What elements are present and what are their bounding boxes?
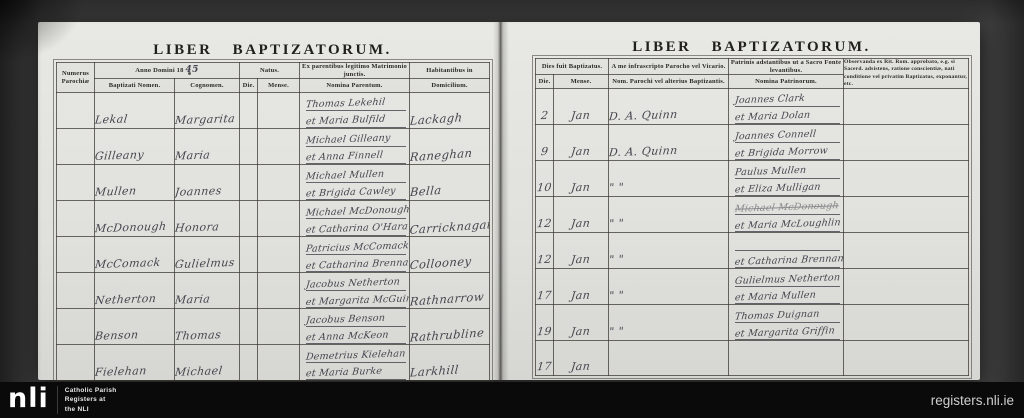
cell-parents-line1: Michael McDonough [306, 201, 406, 219]
cell-baptism-day-text: 19 [536, 325, 552, 339]
cell-surname: Benson [95, 309, 175, 345]
cell-sponsors-line2: et Margarita Griffin [735, 323, 840, 341]
col-header-numerus: Numerus Parochiæ [57, 63, 95, 93]
cell-parents: Jacobus Nethertonet Margarita McGuinn [300, 273, 410, 309]
col-header-anno-domini: Anno Domini 18 45 [95, 63, 240, 79]
cell-sponsors [729, 341, 844, 376]
cell-surname: Mullen [95, 165, 175, 201]
cell-mense [258, 129, 300, 165]
cell-sponsors-line1-text: Gulielmus Netherton [734, 272, 841, 288]
cell-sponsors-line1-text: Joannes Clark [734, 92, 805, 106]
register-row-left: NethertonMariaJacobus Nethertonet Margar… [57, 273, 490, 309]
cell-surname-text: Gilleany [95, 148, 145, 163]
cell-priest-name: " " [609, 197, 729, 233]
cell-baptism-day: 17 [536, 269, 554, 305]
footer-caption-line: the NLI [65, 405, 117, 414]
cell-parents: Michael Gilleanyet Anna Finnell [300, 129, 410, 165]
cell-baptism-month-text: Jan [571, 181, 592, 195]
cell-baptism-month: Jan [554, 341, 609, 376]
cell-priest-name: " " [609, 305, 729, 341]
right-page-title: LIBER BAPTIZATORUM. [535, 39, 968, 56]
cell-baptism-month-text: Jan [571, 145, 592, 159]
cell-numerus [57, 201, 95, 237]
cell-sponsors-line2-text: et Brigida Morrow [734, 145, 828, 160]
register-book-spread: LIBER BAPTIZATORUM. Numerus Parochiæ Ann… [38, 22, 980, 380]
col-header-patrinis: Patrinis adstantibus ut a Sacro Fonte le… [729, 59, 844, 75]
cell-sponsors: et Catharina Brennan [729, 233, 844, 269]
cell-sponsors-line2-text: et Margarita Griffin [734, 325, 835, 340]
nli-footer-bar: nli Catholic Parish Registers at the NLI… [0, 382, 1024, 418]
cell-parents-line1-text: Thomas Lekehil [305, 96, 386, 111]
cell-parents: Patricius McComacket Catharina Brennan [300, 237, 410, 273]
cell-mense [258, 237, 300, 273]
cell-baptism-day: 19 [536, 305, 554, 341]
register-row-right: 19Jan" "Thomas Duignanet Margarita Griff… [536, 305, 969, 341]
cell-parents-line1: Michael Mullen [306, 165, 406, 183]
left-page-title: LIBER BAPTIZATORUM. [56, 42, 489, 59]
cell-forename: Thomas [175, 309, 240, 345]
register-row-right: 12Jan" "et Catharina Brennan [536, 233, 969, 269]
cell-die [240, 165, 258, 201]
cell-forename-text: Maria [175, 148, 211, 162]
cell-baptism-month-text: Jan [571, 289, 592, 303]
cell-residence: Lackagh [410, 93, 490, 129]
cell-sponsors-line2-text: et Maria Mullen [734, 290, 816, 305]
col-header-observanda: Observanda ex Rit. Rom. approbato, e.g. … [844, 59, 969, 89]
cell-parents-line1: Michael Gilleany [306, 129, 406, 147]
cell-surname-text: Benson [95, 328, 140, 343]
cell-observations [844, 197, 969, 233]
cell-surname: Fielehan [95, 345, 175, 381]
cell-parents-line1-text: Patricius McComack [305, 240, 409, 256]
register-row-right: 2JanD. A. QuinnJoannes Clarket Maria Dol… [536, 89, 969, 125]
cell-parents-line2-text: et Anna Finnell [305, 150, 383, 165]
cell-priest-name: " " [609, 233, 729, 269]
col-header-die-right: Die. [536, 75, 554, 89]
cell-priest-name-text: " " [609, 325, 625, 339]
cell-sponsors-line1 [735, 233, 840, 251]
footer-caption-line: Registers at [65, 395, 117, 404]
cell-parents: Demetrius Kielehanet Maria Burke [300, 345, 410, 381]
cell-baptism-day-text: 2 [540, 109, 549, 122]
cell-forename: Honora [175, 201, 240, 237]
cell-numerus [57, 165, 95, 201]
cell-priest-name-text: " " [609, 289, 625, 303]
cell-observations [844, 269, 969, 305]
cell-sponsors: Joannes Connellet Brigida Morrow [729, 125, 844, 161]
cell-parents-line2: et Catharina Brennan [306, 255, 406, 273]
cell-parents-line2-text: et Anna McKeon [305, 330, 389, 345]
cell-parents-line1-text: Michael Gilleany [305, 132, 391, 147]
cell-parents-line2: et Anna Finnell [306, 147, 406, 165]
cell-parents: Michael McDonoughet Catharina O'Hara [300, 201, 410, 237]
numerus-label-line1: Numerus [62, 70, 89, 77]
cell-baptism-month-text: Jan [571, 253, 592, 267]
cell-surname-text: McDonough [95, 220, 168, 235]
cell-parents-line2: et Maria Burke [306, 363, 406, 381]
cell-parents-line2-text: et Catharina O'Hara [305, 221, 408, 236]
cell-forename-text: Thomas [175, 328, 222, 343]
cell-parents-line2-text: et Maria Burke [305, 366, 383, 381]
cell-baptism-month: Jan [554, 233, 609, 269]
cell-parents-line2: et Margarita McGuinn [306, 291, 406, 309]
cell-priest-name-text: " " [609, 217, 625, 231]
cell-die [240, 345, 258, 381]
cell-sponsors-line1: Paulus Mullen [735, 161, 840, 179]
cell-parents-line2-text: et Catharina Brennan [305, 257, 409, 272]
cell-residence-text: Carricknagat [410, 217, 490, 236]
cell-baptism-month: Jan [554, 197, 609, 233]
baptism-table-left: Numerus Parochiæ Anno Domini 18 45 Natus… [56, 62, 490, 381]
cell-parents: Thomas Lekehilet Maria Bulfild [300, 93, 410, 129]
cell-surname-text: Netherton [95, 292, 157, 307]
nli-logo-block: nli Catholic Parish Registers at the NLI [8, 386, 117, 413]
cell-priest-name-text: " " [609, 253, 625, 267]
cell-baptism-month: Jan [554, 269, 609, 305]
cell-numerus [57, 309, 95, 345]
cell-residence-text: Bella [410, 183, 443, 199]
col-header-ex-parentibus: Ex parentibus legitimo Matrimonio juncti… [300, 63, 410, 79]
cell-sponsors-line2: et Maria Dolan [735, 107, 840, 125]
nli-logo: nli [8, 385, 49, 412]
cell-observations [844, 89, 969, 125]
cell-forename-text: Joannes [175, 184, 223, 199]
cell-residence: Bella [410, 165, 490, 201]
cell-sponsors-line1-text: Michael McDonough [734, 200, 839, 216]
cell-mense [258, 309, 300, 345]
register-row-right: 12Jan" "Michael McDonoughet Maria McLoug… [536, 197, 969, 233]
cell-die [240, 309, 258, 345]
register-row-right: 17Jan" "Gulielmus Nethertonet Maria Mull… [536, 269, 969, 305]
cell-forename-text: Honora [175, 220, 220, 235]
cell-observations [844, 125, 969, 161]
cell-sponsors-line1-text: Thomas Duignan [734, 308, 820, 323]
cell-baptism-day: 12 [536, 197, 554, 233]
cell-observations [844, 161, 969, 197]
cell-sponsors: Joannes Clarket Maria Dolan [729, 89, 844, 125]
cell-residence: Collooney [410, 237, 490, 273]
cell-baptism-day-text: 10 [536, 181, 552, 195]
cell-baptism-day-text: 12 [536, 217, 552, 231]
cell-parents-line2-text: et Margarita McGuinn [305, 293, 409, 308]
col-header-natus: Natus. [240, 63, 300, 79]
cell-priest-name: D. A. Quinn [609, 125, 729, 161]
cell-die [240, 129, 258, 165]
cell-surname: Lekal [95, 93, 175, 129]
register-row-left: McComackGulielmusPatricius McComacket Ca… [57, 237, 490, 273]
cell-mense [258, 93, 300, 129]
col-header-die-left: Die. [240, 79, 258, 93]
col-header-cognomen: Cognomen. [175, 79, 240, 93]
cell-baptism-month: Jan [554, 161, 609, 197]
register-row-left: BensonThomasJacobus Bensonet Anna McKeon… [57, 309, 490, 345]
register-row-right: 10Jan" "Paulus Mullenet Eliza Mulligan [536, 161, 969, 197]
cell-priest-name-text: " " [609, 181, 625, 195]
cell-sponsors-line2: et Catharina Brennan [735, 251, 840, 269]
cell-residence: Larkhill [410, 345, 490, 381]
cell-sponsors-line2: et Maria McLoughlin [735, 215, 840, 233]
cell-residence: Rathnarrow [410, 273, 490, 309]
cell-sponsors: Paulus Mullenet Eliza Mulligan [729, 161, 844, 197]
cell-priest-name-text: D. A. Quinn [609, 144, 679, 159]
cell-sponsors-line1 [735, 342, 840, 359]
cell-baptism-day-text: 17 [536, 360, 552, 374]
cell-residence-text: Rathnarrow [410, 289, 485, 308]
anno-domini-printed: Anno Domini 18 [135, 67, 183, 74]
footer-caption: Catholic Parish Registers at the NLI [57, 386, 117, 413]
col-header-nom-parochi: Nom. Parochi vel alterius Baptizantis. [609, 75, 729, 89]
cell-parents-line1: Demetrius Kielehan [306, 345, 406, 363]
col-header-mense-right: Mense. [554, 75, 609, 89]
cell-parents-line2: et Maria Bulfild [306, 111, 406, 129]
cell-priest-name-text: D. A. Quinn [609, 108, 679, 123]
cell-forename-text: Maria [175, 292, 211, 306]
cell-sponsors: Michael McDonoughet Maria McLoughlin [729, 197, 844, 233]
cell-sponsors: Gulielmus Nethertonet Maria Mullen [729, 269, 844, 305]
cell-sponsors-line1-text: Paulus Mullen [734, 164, 807, 178]
cell-sponsors-line2: et Brigida Morrow [735, 143, 840, 161]
cell-residence: Raneghan [410, 129, 490, 165]
col-header-dies-fuit: Dies fuit Baptizatus. [536, 59, 609, 75]
col-header-nomina-parentum: Nomina Parentum. [300, 79, 410, 93]
cell-baptism-day-text: 12 [536, 253, 552, 267]
cell-baptism-month: Jan [554, 89, 609, 125]
footer-url: registers.nli.ie [931, 393, 1014, 408]
cell-numerus [57, 93, 95, 129]
cell-sponsors-line2: et Eliza Mulligan [735, 179, 840, 197]
cell-priest-name: " " [609, 161, 729, 197]
baptism-table-right: Dies fuit Baptizatus. A me infrascripto … [535, 58, 969, 376]
cell-baptism-day-text: 17 [536, 289, 552, 303]
cell-forename-text: Michael [175, 364, 224, 379]
cell-parents-line1: Patricius McComack [306, 237, 406, 255]
cell-forename: Joannes [175, 165, 240, 201]
scan-viewport: LIBER BAPTIZATORUM. Numerus Parochiæ Ann… [0, 0, 1024, 418]
cell-parents-line1-text: Michael Mullen [305, 168, 385, 183]
cell-observations [844, 341, 969, 376]
cell-mense [258, 345, 300, 381]
cell-parents: Michael Mullenet Brigida Cawley [300, 165, 410, 201]
cell-die [240, 237, 258, 273]
cell-residence-text: Larkhill [410, 362, 460, 379]
cell-baptism-day: 9 [536, 125, 554, 161]
cell-baptism-day: 10 [536, 161, 554, 197]
cell-parents-line2: et Brigida Cawley [306, 183, 406, 201]
cell-die [240, 201, 258, 237]
cell-mense [258, 165, 300, 201]
cell-baptism-day: 17 [536, 341, 554, 376]
cell-numerus [57, 273, 95, 309]
cell-baptism-month-text: Jan [571, 360, 592, 374]
register-row-right: 17Jan [536, 341, 969, 376]
cell-sponsors-line1: Joannes Connell [735, 125, 840, 143]
cell-sponsors-line1: Gulielmus Netherton [735, 269, 840, 287]
cell-baptism-day-text: 9 [540, 145, 549, 158]
cell-parents-line1-text: Michael McDonough [305, 204, 409, 220]
cell-surname: McDonough [95, 201, 175, 237]
cell-sponsors: Thomas Duignanet Margarita Griffin [729, 305, 844, 341]
cell-forename-text: Margarita [175, 112, 236, 127]
cell-forename: Michael [175, 345, 240, 381]
cell-parents-line1-text: Jacobus Benson [305, 312, 385, 327]
cell-parents-line1-text: Demetrius Kielehan [305, 348, 406, 363]
book-fold-shadow [493, 22, 509, 380]
cell-baptism-month-text: Jan [571, 217, 592, 231]
cell-sponsors-line1-text: Joannes Connell [734, 128, 816, 143]
cell-priest-name [609, 341, 729, 376]
cell-sponsors-line2-text: et Catharina Brennan [734, 253, 843, 268]
cell-surname-text: McComack [95, 256, 162, 271]
handwritten-year: 45 [185, 65, 198, 75]
cell-die [240, 93, 258, 129]
cell-forename: Gulielmus [175, 237, 240, 273]
cell-parents-line1: Jacobus Benson [306, 309, 406, 327]
col-header-habitantibus: Habitantibus in [410, 63, 490, 79]
register-row-left: FielehanMichaelDemetrius Kielehanet Mari… [57, 345, 490, 381]
cell-baptism-day: 2 [536, 89, 554, 125]
cell-observations [844, 305, 969, 341]
cell-parents-line2: et Catharina O'Hara [306, 219, 406, 237]
cell-parents-line2-text: et Brigida Cawley [305, 185, 396, 200]
cell-surname-text: Mullen [95, 184, 138, 198]
cell-numerus [57, 129, 95, 165]
cell-baptism-day: 12 [536, 233, 554, 269]
cell-forename: Margarita [175, 93, 240, 129]
cell-residence-text: Lackagh [410, 110, 464, 128]
cell-surname-text: Lekal [95, 112, 129, 126]
cell-surname: Netherton [95, 273, 175, 309]
register-row-right: 9JanD. A. QuinnJoannes Connellet Brigida… [536, 125, 969, 161]
cell-sponsors-line2-text: et Maria McLoughlin [734, 217, 841, 232]
cell-parents-line1: Thomas Lekehil [306, 93, 406, 111]
cell-forename-text: Gulielmus [175, 256, 236, 271]
cell-surname: McComack [95, 237, 175, 273]
cell-surname: Gilleany [95, 129, 175, 165]
cell-sponsors-line2-text: et Maria Dolan [734, 110, 811, 125]
cell-numerus [57, 345, 95, 381]
cell-parents-line1: Jacobus Netherton [306, 273, 406, 291]
cell-baptism-month: Jan [554, 305, 609, 341]
cell-sponsors-line1: Thomas Duignan [735, 305, 840, 323]
cell-parents-line2-text: et Maria Bulfild [305, 114, 386, 129]
cell-observations [844, 233, 969, 269]
cell-sponsors-line2-text: et Eliza Mulligan [734, 182, 821, 197]
cell-mense [258, 273, 300, 309]
register-row-left: McDonoughHonoraMichael McDonoughet Catha… [57, 201, 490, 237]
col-header-a-me: A me infrascripto Parocho vel Vicario. [609, 59, 729, 75]
cell-forename: Maria [175, 129, 240, 165]
cell-residence: Rathrubline [410, 309, 490, 345]
cell-baptism-month: Jan [554, 125, 609, 161]
register-row-left: GilleanyMariaMichael Gilleanyet Anna Fin… [57, 129, 490, 165]
cell-parents: Jacobus Bensonet Anna McKeon [300, 309, 410, 345]
cell-parents-line2: et Anna McKeon [306, 327, 406, 345]
cell-residence: Carricknagat [410, 201, 490, 237]
cell-surname-text: Fielehan [95, 364, 148, 379]
cell-sponsors-line1: Michael McDonough [735, 197, 840, 215]
cell-forename: Maria [175, 273, 240, 309]
cell-residence-text: Raneghan [410, 146, 473, 164]
register-row-left: MullenJoannesMichael Mullenet Brigida Ca… [57, 165, 490, 201]
cell-residence-text: Collooney [410, 254, 472, 272]
col-header-nomina-patrinorum: Nomina Patrinorum. [729, 75, 844, 89]
col-header-mense-left: Mense. [258, 79, 300, 93]
cell-mense [258, 201, 300, 237]
numerus-label-line2: Parochiæ [62, 78, 90, 85]
cell-die [240, 273, 258, 309]
cell-sponsors-line1: Joannes Clark [735, 89, 840, 107]
cell-sponsors-line2: et Maria Mullen [735, 287, 840, 305]
cell-parents-line1-text: Jacobus Netherton [305, 276, 400, 291]
cell-priest-name: " " [609, 269, 729, 305]
cell-residence-text: Rathrubline [410, 325, 485, 344]
col-header-baptizati-nomen: Baptizati Nomen. [95, 79, 175, 93]
cell-sponsors-line2 [735, 359, 840, 376]
col-header-domicilium: Domicilium. [410, 79, 490, 93]
footer-caption-line: Catholic Parish [65, 386, 117, 395]
cell-numerus [57, 237, 95, 273]
register-row-left: LekalMargaritaThomas Lekehilet Maria Bul… [57, 93, 490, 129]
cell-baptism-month-text: Jan [571, 325, 592, 339]
cell-baptism-month-text: Jan [571, 109, 592, 123]
cell-priest-name: D. A. Quinn [609, 89, 729, 125]
